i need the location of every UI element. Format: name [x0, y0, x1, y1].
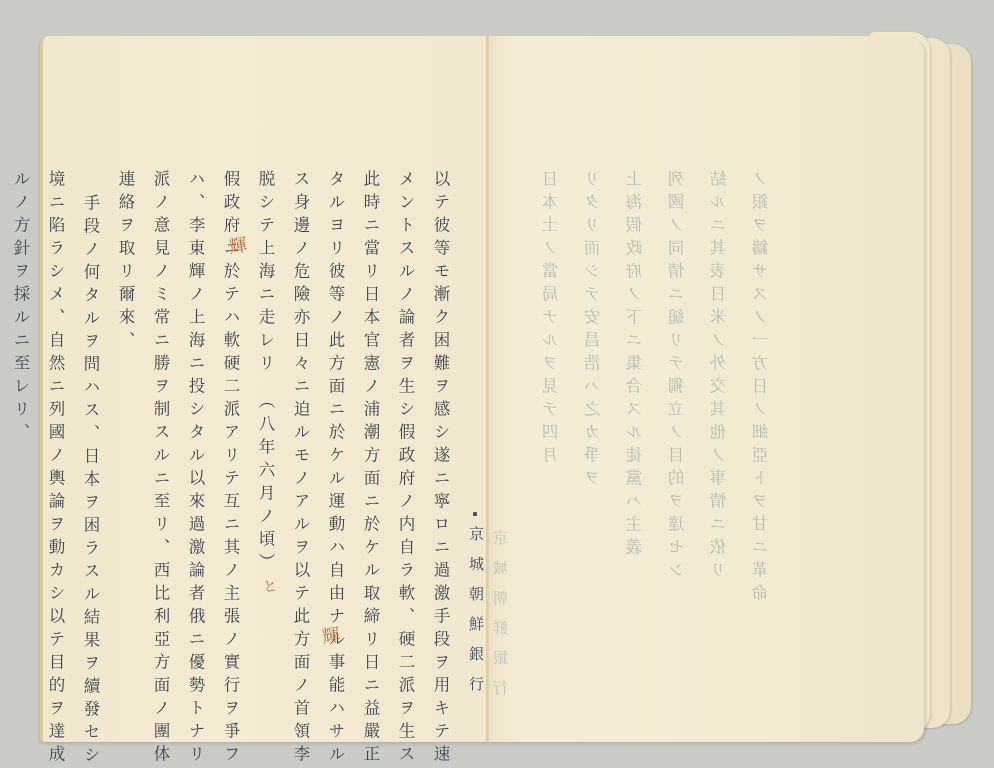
text-column: 此時ニ當リ日本官憲ノ浦潮方面ニ於ケル取締リ日ニ益嚴正ナルニ至リ: [358, 170, 382, 710]
text-column: 派ノ意見ノミ常ニ勝ヲ制スルニ至リ、西比利亞方面ノ團体ト完全ナル: [148, 170, 172, 710]
text-column: 手段ノ何タルヲ問ハス、日本ヲ困ラスル結果ヲ續發セシメ日本ヲ窮: [78, 194, 102, 710]
text-column: 境ニ陷ラシメ、自然ニ列國ノ輿論ヲ動カシ以テ目的ヲ達成セントス: [43, 170, 67, 710]
text-column: ルノ方針ヲ採ルニ至レリ、: [8, 170, 32, 710]
bleed-column: 結ルニ其表日米ノ外交其他ノ事情ニ依リ: [708, 170, 732, 607]
bleed-column: 上海假政府ノ下ニ集合スル徒黨ハ主義: [624, 170, 648, 607]
stamp-dot: [473, 512, 477, 516]
scanned-document: ノ銀ヲ鑄サスノ一方日ノ細亞トヲ甘ニ革命 結ルニ其表日米ノ外交其他ノ事情ニ依リ 列…: [0, 0, 994, 768]
text-column: 脱シテ上海ニ走レリ （八年六月ノ頃）: [253, 170, 277, 710]
left-page-text: 以テ彼等モ漸ク困難ヲ感シ遂ニ寧ロニ過激手段ヲ用キテ速カニ效ヲ收 メントスルノ論者…: [52, 170, 452, 710]
bleed-column: リタリ而シテ安昌浩ハ之カ爭ヲ: [582, 170, 606, 607]
handwritten-annotation: 輝: [320, 621, 341, 649]
text-column: メントスルノ論者ヲ生シ假政府ノ内自ラ軟、硬二派ヲ生スルニ至レリ: [393, 170, 417, 710]
text-column: ス身邊ノ危險亦日々ニ迫ルモノアルヲ以テ此方面ノ首領李東輝ハ遂ニ: [288, 170, 312, 710]
bleed-column: 列國ノ同情ニ縋リテ獨立ノ目的ヲ達セン: [666, 170, 690, 607]
right-page-show-through: ノ銀ヲ鑄サスノ一方日ノ細亞トヲ甘ニ革命 結ルニ其表日米ノ外交其他ノ事情ニ依リ 列…: [540, 170, 774, 607]
text-column: 以テ彼等モ漸ク困難ヲ感シ遂ニ寧ロニ過激手段ヲ用キテ速カニ效ヲ收: [428, 170, 452, 710]
bleed-stamp: 京城朝鮮銀行: [490, 530, 511, 710]
text-column: ハ、李東輝ノ上海ニ投シタル以來過激論者俄ニ優勢トナリ、實際過激: [183, 170, 207, 710]
margin-stamp: 京城朝鮮銀行: [466, 526, 487, 706]
text-column: 連絡ヲ取リ爾來、: [113, 170, 137, 710]
bleed-column: ノ銀ヲ鑄サスノ一方日ノ細亞トヲ甘ニ革命: [750, 170, 774, 607]
handwritten-annotation: と: [262, 575, 279, 597]
handwritten-annotation: 輝: [227, 231, 248, 259]
bleed-column: 日本土ノ當局ナルヲ見テ四月: [540, 170, 564, 607]
